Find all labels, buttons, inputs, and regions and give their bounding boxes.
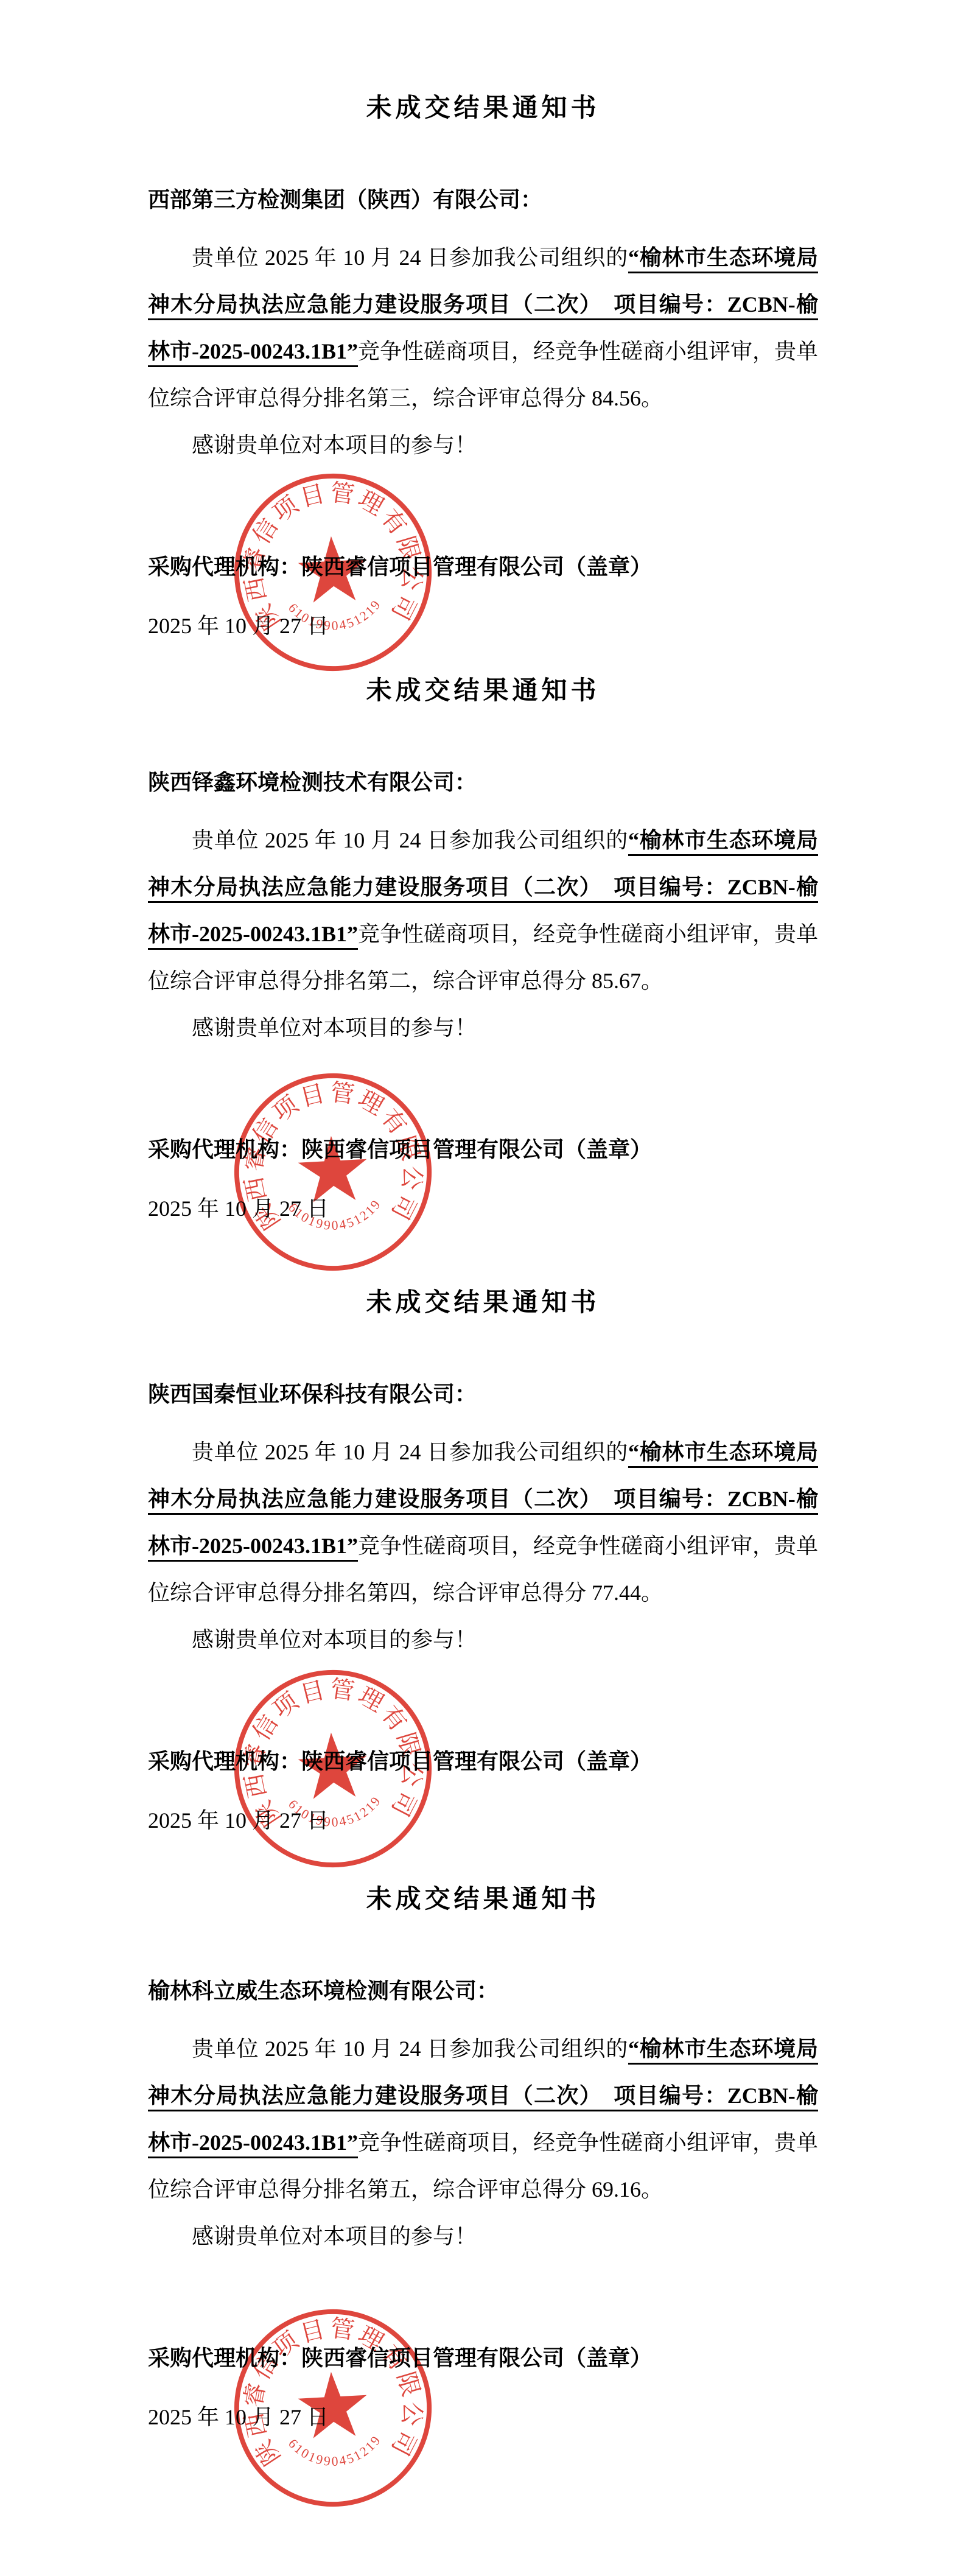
- notice-body: 贵单位 2025 年 10 月 24 日参加我公司组织的“榆林市生态环境局神木分…: [148, 1429, 818, 1616]
- issue-date: 2025 年 10 月 27 日: [148, 609, 329, 643]
- official-seal-graphic: 陕西睿信项目管理有限公司 6101990451219: [225, 1064, 440, 1279]
- agency-signature-line: 采购代理机构：陕西睿信项目管理有限公司（盖章）: [148, 2341, 652, 2375]
- thanks-line: 感谢贵单位对本项目的参与！: [148, 1616, 477, 1663]
- recipient-line: 陕西国秦恒业环保科技有限公司：: [148, 1377, 818, 1411]
- issue-date: 2025 年 10 月 27 日: [148, 1803, 329, 1837]
- agency-signature-line: 采购代理机构：陕西睿信项目管理有限公司（盖章）: [148, 550, 652, 584]
- body-lead: 贵单位 2025 年 10 月 24 日参加我公司组织的: [192, 245, 628, 270]
- notice-title: 未成交结果通知书: [148, 91, 818, 125]
- official-seal: 陕西睿信项目管理有限公司 6101990451219: [231, 1070, 435, 1274]
- recipient-line: 西部第三方检测集团（陕西）有限公司：: [148, 183, 818, 217]
- recipient-line: 榆林科立威生态环境检测有限公司：: [148, 1974, 818, 2008]
- notice-section-3: 未成交结果通知书 陕西国秦恒业环保科技有限公司： 贵单位 2025 年 10 月…: [148, 1286, 818, 1873]
- agency-signature-line: 采购代理机构：陕西睿信项目管理有限公司（盖章）: [148, 1132, 652, 1167]
- agency-signature-line: 采购代理机构：陕西睿信项目管理有限公司（盖章）: [148, 1744, 652, 1778]
- seal-company-arc: 陕西睿信项目管理有限公司: [235, 2310, 429, 2471]
- recipient-line: 陕西铎鑫环境检测技术有限公司：: [148, 765, 818, 799]
- notice-section-1: 未成交结果通知书 西部第三方检测集团（陕西）有限公司： 贵单位 2025 年 1…: [148, 91, 818, 679]
- notice-section-2: 未成交结果通知书 陕西铎鑫环境检测技术有限公司： 贵单位 2025 年 10 月…: [148, 674, 818, 1262]
- seal-serial-number: 6101990451219: [285, 2432, 385, 2471]
- notice-body: 贵单位 2025 年 10 月 24 日参加我公司组织的“榆林市生态环境局神木分…: [148, 2026, 818, 2213]
- notice-title: 未成交结果通知书: [148, 1286, 818, 1320]
- body-lead: 贵单位 2025 年 10 月 24 日参加我公司组织的: [192, 1440, 628, 1464]
- body-lead: 贵单位 2025 年 10 月 24 日参加我公司组织的: [192, 828, 628, 852]
- thanks-line: 感谢贵单位对本项目的参与！: [148, 1005, 477, 1051]
- thanks-line: 感谢贵单位对本项目的参与！: [148, 2213, 477, 2260]
- notice-section-4: 未成交结果通知书 榆林科立威生态环境检测有限公司： 贵单位 2025 年 10 …: [148, 1883, 818, 2470]
- seal-ring: [232, 1071, 434, 1273]
- thanks-line: 感谢贵单位对本项目的参与！: [148, 422, 477, 469]
- issue-date: 2025 年 10 月 27 日: [148, 1191, 329, 1226]
- notice-title: 未成交结果通知书: [148, 1883, 818, 1917]
- notice-title: 未成交结果通知书: [148, 674, 818, 708]
- notice-body: 贵单位 2025 年 10 月 24 日参加我公司组织的“榆林市生态环境局神木分…: [148, 817, 818, 1005]
- body-lead: 贵单位 2025 年 10 月 24 日参加我公司组织的: [192, 2037, 628, 2061]
- document-page: 未成交结果通知书 西部第三方检测集团（陕西）有限公司： 贵单位 2025 年 1…: [0, 0, 966, 2576]
- notice-body: 贵单位 2025 年 10 月 24 日参加我公司组织的“榆林市生态环境局神木分…: [148, 234, 818, 422]
- issue-date: 2025 年 10 月 27 日: [148, 2400, 329, 2434]
